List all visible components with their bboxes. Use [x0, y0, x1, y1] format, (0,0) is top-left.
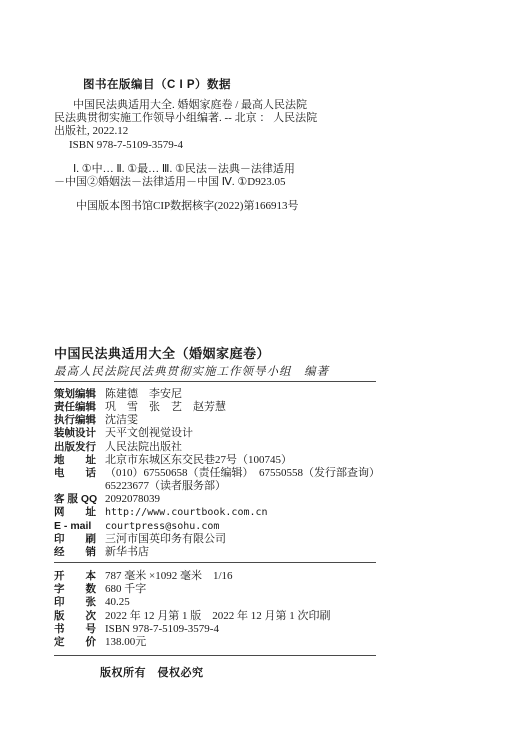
field-value: 天平文创视觉设计 — [105, 427, 193, 440]
isbn-number: ISBN 978-7-5109-3579-4 — [105, 623, 219, 636]
field-label: 定 价 — [54, 636, 100, 649]
field-value: 人民法院出版社 — [105, 441, 182, 454]
cip-classification-line: Ⅰ. ①中… Ⅱ. ①最… Ⅲ. ①民法－法典－法律适用 — [54, 163, 384, 176]
field-value: 新华书店 — [105, 546, 149, 559]
field-label: 开 本 — [54, 570, 100, 583]
field-label: 电 话 — [54, 467, 100, 480]
field-label: 客 服 QQ — [54, 493, 100, 506]
publishing-row: 地 址 北京市东城区东交民巷27号（100745） — [54, 454, 474, 467]
field-value: 2022 年 12 月第 1 版 2022 年 12 月第 1 次印刷 — [105, 610, 331, 623]
publishing-row: 经 销 新华书店 — [54, 546, 474, 559]
field-value: 巩 雪 张 艺 赵芳慧 — [105, 401, 226, 414]
divider-rule — [54, 381, 376, 382]
field-label: 装帧设计 — [54, 427, 100, 440]
publishing-row-continuation: 65223677（读者服务部） — [54, 480, 474, 493]
spec-row: 开 本 787 毫米 ×1092 毫米 1/16 — [54, 570, 474, 583]
spec-row: 书 号 ISBN 978-7-5109-3579-4 — [54, 623, 474, 636]
field-label: 责任编辑 — [54, 401, 100, 414]
cip-isbn-line: ISBN 978-7-5109-3579-4 — [54, 139, 384, 152]
spec-row: 字 数 680 千字 — [54, 583, 474, 596]
publishing-row: 执行编辑 沈洁雯 — [54, 414, 474, 427]
publishing-row: 装帧设计 天平文创视觉设计 — [54, 427, 474, 440]
field-value: 三河市国英印务有限公司 — [105, 533, 226, 546]
publishing-row: 客 服 QQ 2092078039 — [54, 493, 474, 506]
cip-classification-line: －中国②婚姻法－法律适用－中国 Ⅳ. ①D923.05 — [54, 176, 384, 189]
publishing-row: 电 话 （010）67550658（责任编辑） 67550558（发行部查询） — [54, 467, 474, 480]
website-url: http://www.courtbook.com.cn — [105, 506, 268, 519]
field-label: 字 数 — [54, 583, 100, 596]
cip-classification-block: Ⅰ. ①中… Ⅱ. ①最… Ⅲ. ①民法－法典－法律适用 －中国②婚姻法－法律适… — [54, 163, 384, 189]
divider-rule — [54, 562, 376, 563]
book-author: 最高人民法院民法典贯彻实施工作领导小组 编著 — [54, 363, 329, 379]
field-value: 沈洁雯 — [105, 414, 138, 427]
publishing-row: 策划编辑 陈建德 李安尼 — [54, 388, 474, 401]
cip-record-line: 民法典贯彻实施工作领导小组编著. -- 北京 ： 人民法院 — [54, 112, 384, 125]
field-value: 787 毫米 ×1092 毫米 1/16 — [105, 570, 233, 583]
field-label: 经 销 — [54, 546, 100, 559]
cip-header: 图书在版编目（C I P）数据 — [83, 76, 231, 92]
cip-record-line: 中国民法典适用大全. 婚姻家庭卷 / 最高人民法院 — [54, 99, 384, 112]
cip-record-block: 中国民法典适用大全. 婚姻家庭卷 / 最高人民法院 民法典贯彻实施工作领导小组编… — [54, 99, 384, 152]
spec-row: 版 次 2022 年 12 月第 1 版 2022 年 12 月第 1 次印刷 — [54, 610, 474, 623]
field-label: 策划编辑 — [54, 388, 100, 401]
field-value: 2092078039 — [105, 493, 160, 506]
divider-rule — [54, 655, 376, 656]
copyright-page: 图书在版编目（C I P）数据 中国民法典适用大全. 婚姻家庭卷 / 最高人民法… — [0, 0, 511, 737]
publishing-row: 责任编辑 巩 雪 张 艺 赵芳慧 — [54, 401, 474, 414]
spec-row: 定 价 138.00元 — [54, 636, 474, 649]
field-value: 北京市东城区东交民巷27号（100745） — [105, 454, 292, 467]
field-label: 版 次 — [54, 610, 100, 623]
cip-record-line: 出版社, 2022.12 — [54, 125, 384, 138]
field-label: 出版发行 — [54, 441, 100, 454]
copyright-notice: 版权所有 侵权必究 — [100, 664, 204, 680]
price-value: 138.00元 — [105, 636, 146, 649]
spec-row: 印 张 40.25 — [54, 596, 474, 609]
field-label: 印 刷 — [54, 533, 100, 546]
cip-registry-line: 中国版本图书馆CIP数据核字(2022)第166913号 — [76, 197, 298, 213]
field-value: （010）67550658（责任编辑） 67550558（发行部查询） — [105, 467, 380, 480]
field-label: 地 址 — [54, 454, 100, 467]
field-label: 执行编辑 — [54, 414, 100, 427]
publishing-info-table: 策划编辑 陈建德 李安尼 责任编辑 巩 雪 张 艺 赵芳慧 执行编辑 沈洁雯 装… — [54, 388, 474, 559]
field-label: 书 号 — [54, 623, 100, 636]
publishing-row: 出版发行 人民法院出版社 — [54, 441, 474, 454]
field-label: E - mail — [54, 520, 100, 533]
book-title: 中国民法典适用大全（婚姻家庭卷） — [54, 343, 270, 362]
publishing-row: 印 刷 三河市国英印务有限公司 — [54, 533, 474, 546]
field-label: 网 址 — [54, 506, 100, 519]
field-label: 印 张 — [54, 596, 100, 609]
field-value: 陈建德 李安尼 — [105, 388, 182, 401]
field-value: 65223677（读者服务部） — [105, 480, 226, 493]
print-specs-table: 开 本 787 毫米 ×1092 毫米 1/16 字 数 680 千字 印 张 … — [54, 570, 474, 649]
publishing-row: E - mail courtpress@sohu.com — [54, 520, 474, 533]
email-address: courtpress@sohu.com — [105, 520, 219, 533]
publishing-row: 网 址 http://www.courtbook.com.cn — [54, 506, 474, 519]
field-value: 680 千字 — [105, 583, 146, 596]
field-value: 40.25 — [105, 596, 130, 609]
